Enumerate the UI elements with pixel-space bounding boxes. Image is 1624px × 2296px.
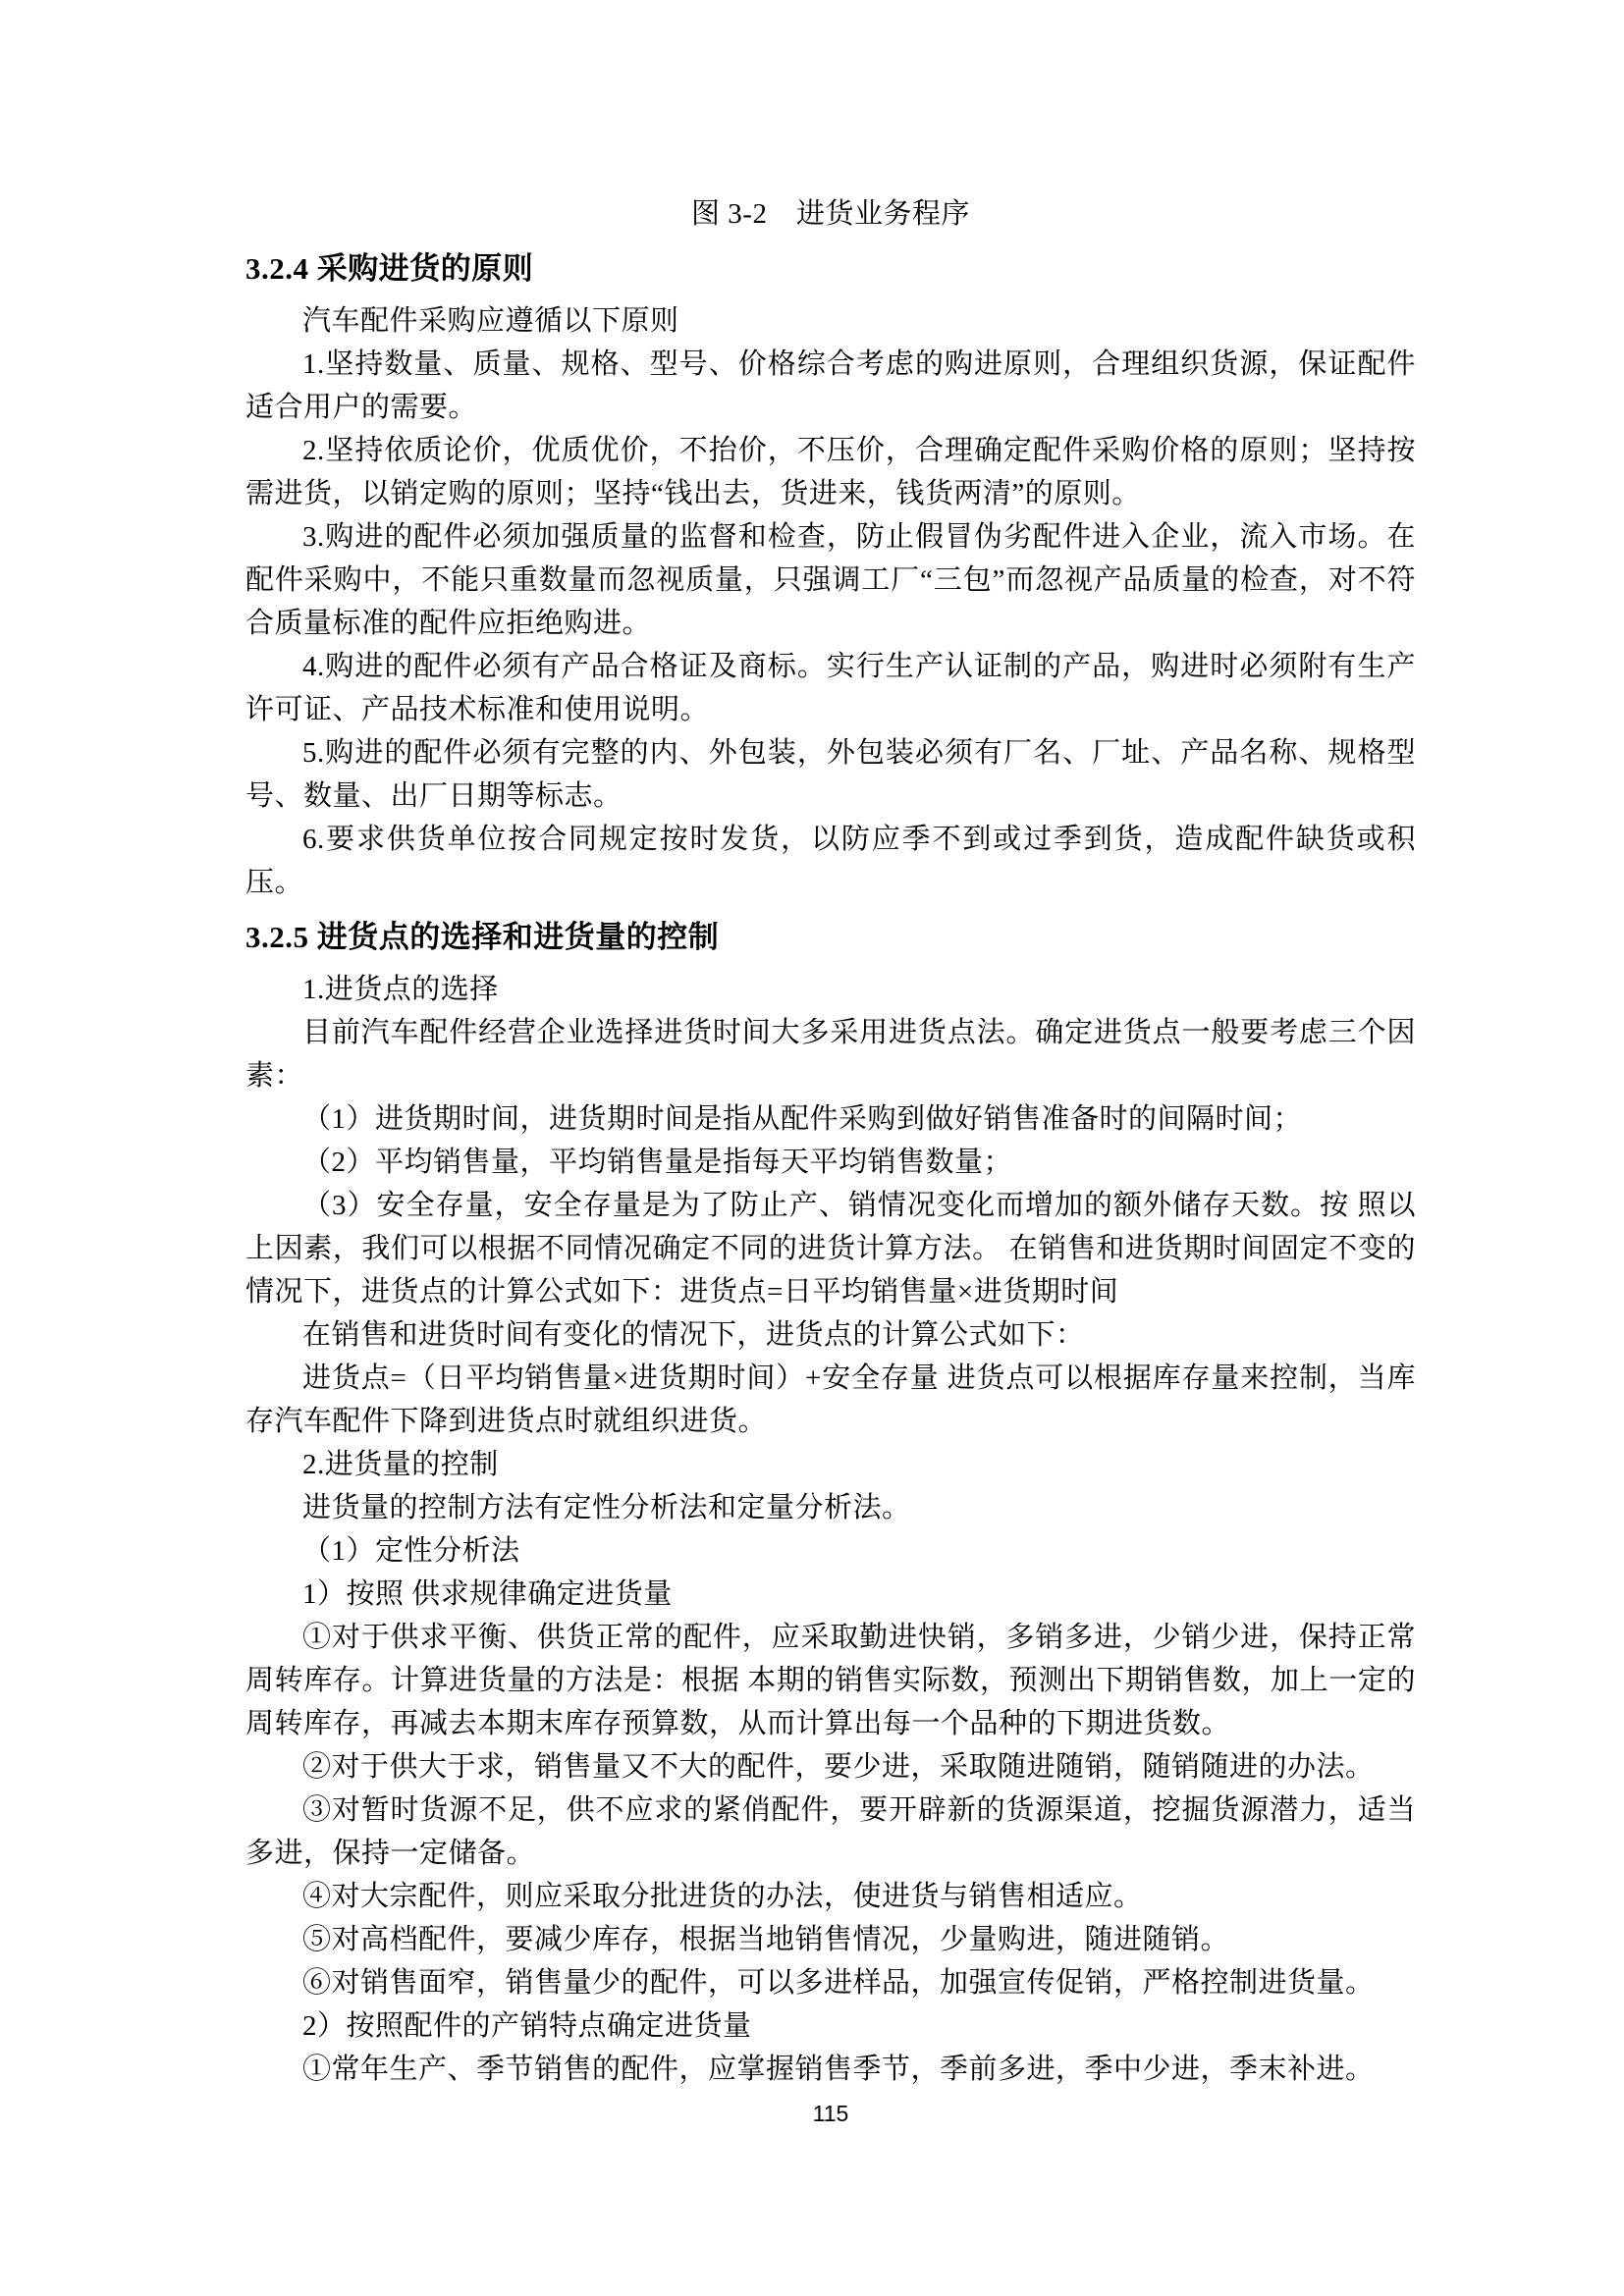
section-heading-3-2-5: 3.2.5 进货点的选择和进货量的控制 <box>245 916 1416 959</box>
paragraph: 进货点=（日平均销售量×进货期时间）+安全存量 进货点可以根据库存量来控制，当库… <box>245 1357 1416 1443</box>
figure-caption: 图 3-2 进货业务程序 <box>245 192 1416 236</box>
section-heading-3-2-4: 3.2.4 采购进货的原则 <box>245 247 1416 291</box>
document-page: 图 3-2 进货业务程序 3.2.4 采购进货的原则 汽车配件采购应遵循以下原则… <box>0 0 1624 2296</box>
paragraph: （1）定性分析法 <box>245 1529 1416 1573</box>
paragraph: ①对于供求平衡、供货正常的配件，应采取勤进快销，多销多进，少销少进，保持正常周转… <box>245 1616 1416 1745</box>
paragraph: ②对于供大于求，销售量又不大的配件，要少进，采取随进随销，随销随进的办法。 <box>245 1745 1416 1789</box>
page-number: 115 <box>245 2101 1416 2127</box>
paragraph: 3.购进的配件必须加强质量的监督和检查，防止假冒伪劣配件进入企业，流入市场。在配… <box>245 515 1416 645</box>
paragraph: 2.坚持依质论价，优质优价，不抬价，不压价，合理确定配件采购价格的原则；坚持按需… <box>245 429 1416 515</box>
paragraph: 5.购进的配件必须有完整的内、外包装，外包装必须有厂名、厂址、产品名称、规格型号… <box>245 731 1416 818</box>
document-body: 图 3-2 进货业务程序 3.2.4 采购进货的原则 汽车配件采购应遵循以下原则… <box>245 192 1416 2091</box>
paragraph: 目前汽车配件经营企业选择进货时间大多采用进货点法。确定进货点一般要考虑三个因素： <box>245 1011 1416 1097</box>
paragraph: 4.购进的配件必须有产品合格证及商标。实行生产认证制的产品，购进时必须附有生产许… <box>245 645 1416 731</box>
paragraph: ⑤对高档配件，要减少库存，根据当地销售情况，少量购进，随进随销。 <box>245 1918 1416 1961</box>
paragraph: 汽车配件采购应遵循以下原则 <box>245 299 1416 343</box>
paragraph: 2.进货量的控制 <box>245 1443 1416 1486</box>
paragraph: （2）平均销售量，平均销售量是指每天平均销售数量； <box>245 1141 1416 1184</box>
paragraph: 1.坚持数量、质量、规格、型号、价格综合考虑的购进原则，合理组织货源，保证配件适… <box>245 343 1416 429</box>
paragraph: 在销售和进货时间有变化的情况下，进货点的计算公式如下： <box>245 1313 1416 1357</box>
paragraph: 1.进货点的选择 <box>245 968 1416 1011</box>
paragraph: ⑥对销售面窄，销售量少的配件，可以多进样品，加强宣传促销，严格控制进货量。 <box>245 1961 1416 2004</box>
paragraph: ①常年生产、季节销售的配件，应掌握销售季节，季前多进，季中少进，季末补进。 <box>245 2048 1416 2091</box>
paragraph: ③对暂时货源不足，供不应求的紧俏配件，要开辟新的货源渠道，挖掘货源潜力，适当多进… <box>245 1789 1416 1875</box>
paragraph: （3）安全存量，安全存量是为了防止产、销情况变化而增加的额外储存天数。按 照以上… <box>245 1184 1416 1313</box>
paragraph: 6.要求供货单位按合同规定按时发货，以防应季不到或过季到货，造成配件缺货或积压。 <box>245 818 1416 904</box>
paragraph: 1）按照 供求规律确定进货量 <box>245 1573 1416 1616</box>
paragraph: ④对大宗配件，则应采取分批进货的办法，使进货与销售相适应。 <box>245 1875 1416 1918</box>
paragraph: 进货量的控制方法有定性分析法和定量分析法。 <box>245 1486 1416 1529</box>
paragraph: （1）进货期时间，进货期时间是指从配件采购到做好销售准备时的间隔时间； <box>245 1097 1416 1141</box>
paragraph: 2）按照配件的产销特点确定进货量 <box>245 2004 1416 2048</box>
